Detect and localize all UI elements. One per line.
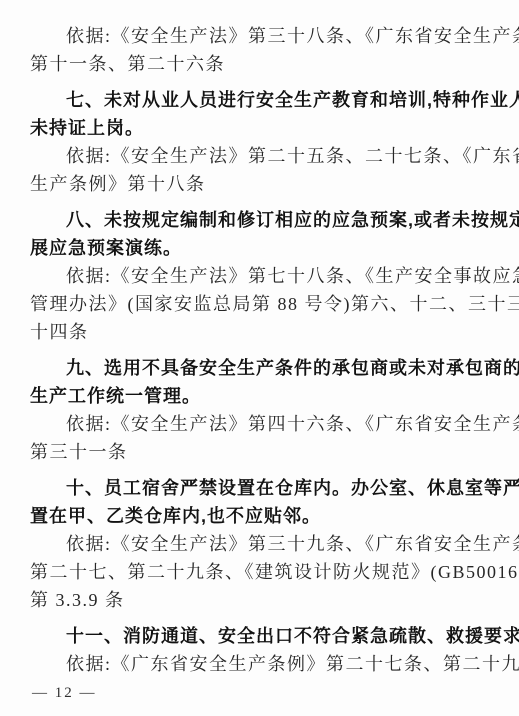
citation-line: 第十一条、第二十六条 bbox=[30, 50, 497, 78]
item-line: 置在甲、乙类仓库内,也不应贴邻。 bbox=[30, 502, 497, 530]
document-page: 依据:《安全生产法》第三十八条、《广东省安全生产条例》 第十一条、第二十六条 七… bbox=[0, 0, 519, 716]
item-line: 生产工作统一管理。 bbox=[30, 382, 497, 410]
citation-line: 依据:《安全生产法》第二十五条、二十七条、《广东省安全 bbox=[30, 142, 497, 170]
citation-line: 生产条例》第十八条 bbox=[30, 170, 497, 198]
citation-line: 依据:《安全生产法》第四十六条、《广东省安全生产条例》 bbox=[30, 410, 497, 438]
item-line: 九、选用不具备安全生产条件的承包商或未对承包商的安全 bbox=[30, 354, 497, 382]
item-line: 八、未按规定编制和修订相应的应急预案,或者未按规定开 bbox=[30, 206, 497, 234]
citation-line: 第三十一条 bbox=[30, 438, 497, 466]
citation-line: 依据:《广东省安全生产条例》第二十七条、第二十九条、 bbox=[30, 650, 497, 678]
item-line: 七、未对从业人员进行安全生产教育和培训,特种作业人员 bbox=[30, 86, 497, 114]
citation-line: 依据:《安全生产法》第七十八条、《生产安全事故应急预案 bbox=[30, 262, 497, 290]
citation-line: 十四条 bbox=[30, 318, 497, 346]
item-line: 十一、消防通道、安全出口不符合紧急疏散、救援要求。 bbox=[30, 622, 497, 650]
citation-line: 依据:《安全生产法》第三十八条、《广东省安全生产条例》 bbox=[30, 22, 497, 50]
citation-line: 依据:《安全生产法》第三十九条、《广东省安全生产条例》 bbox=[30, 530, 497, 558]
item-line: 十、员工宿舍严禁设置在仓库内。办公室、休息室等严禁设 bbox=[30, 474, 497, 502]
citation-line: 管理办法》(国家安监总局第 88 号令)第六、十二、三十三、三 bbox=[30, 290, 497, 318]
item-line: 未持证上岗。 bbox=[30, 114, 497, 142]
item-line: 展应急预案演练。 bbox=[30, 234, 497, 262]
citation-line: 第二十七、第二十九条、《建筑设计防火规范》(GB50016-2014) bbox=[30, 558, 497, 586]
document-body: 依据:《安全生产法》第三十八条、《广东省安全生产条例》 第十一条、第二十六条 七… bbox=[30, 22, 497, 678]
citation-line: 第 3.3.9 条 bbox=[30, 586, 497, 614]
page-number: — 12 — bbox=[32, 685, 97, 702]
